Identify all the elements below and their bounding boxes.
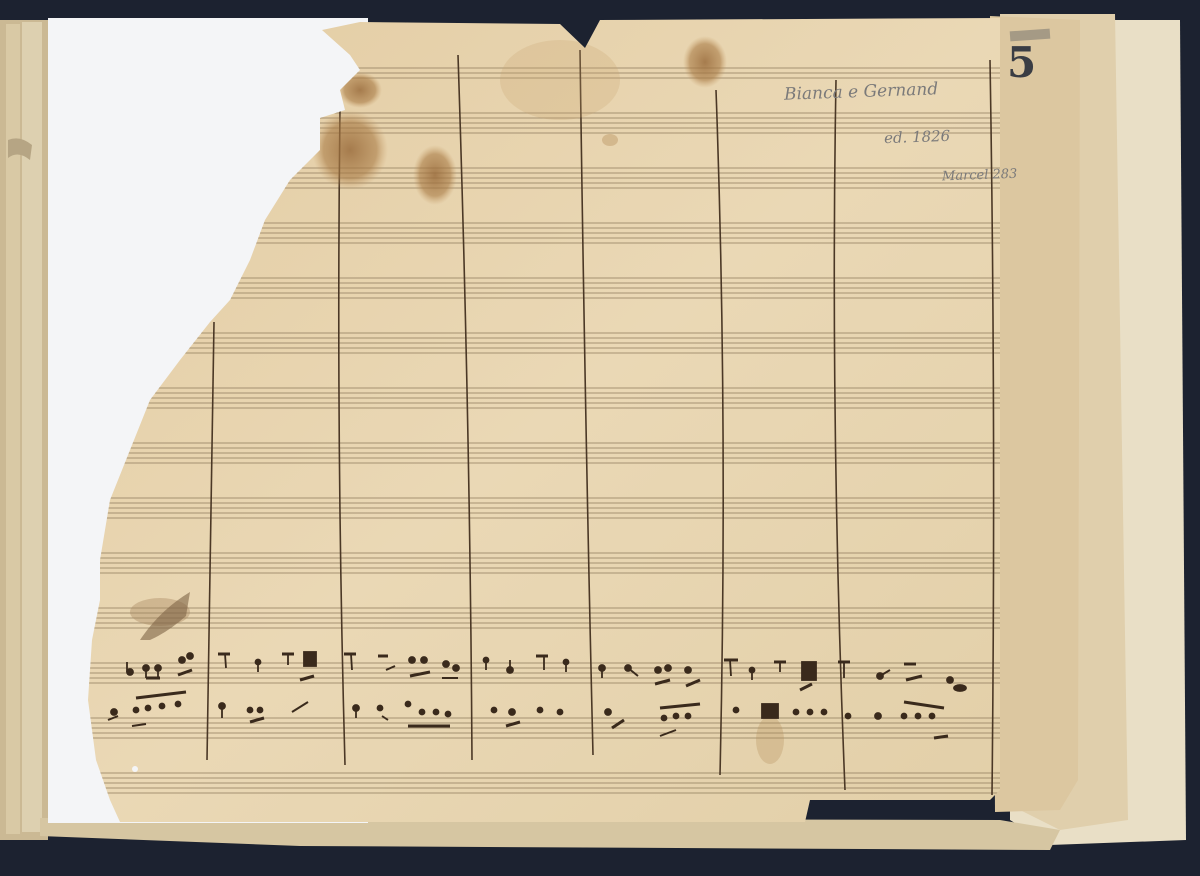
manuscript-photo: 5 Bianca e Gernand ed. 1826 Marcel 283 bbox=[0, 0, 1200, 876]
manuscript-illustration bbox=[0, 0, 1200, 876]
pencil-annotation-date: ed. 1826 bbox=[884, 127, 951, 147]
page-number-stamp: 5 bbox=[1007, 38, 1036, 87]
pencil-annotation-catalog: Marcel 283 bbox=[942, 167, 1018, 185]
